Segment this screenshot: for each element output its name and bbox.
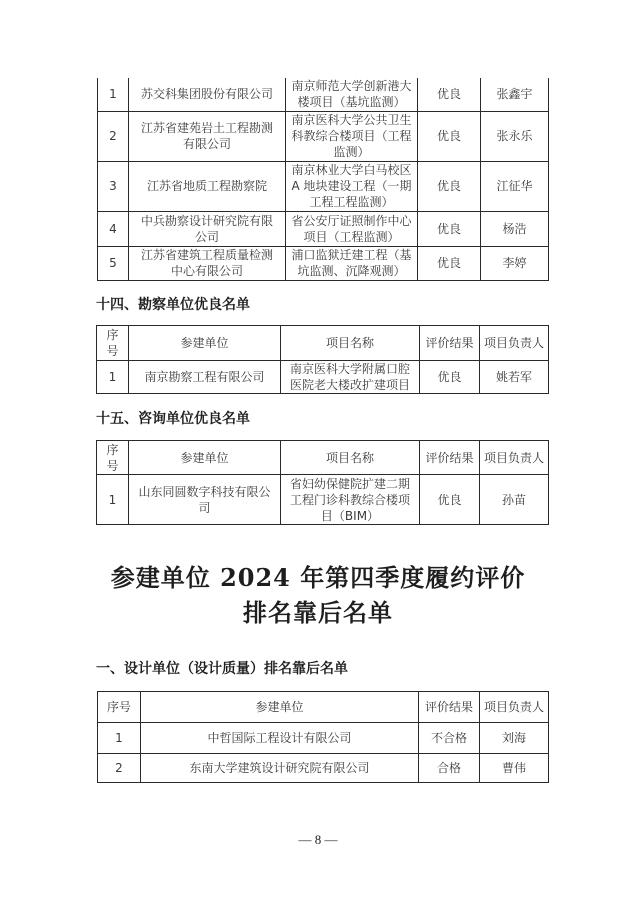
cell-unit: 中兵勘察设计研究院有限公司 <box>129 211 286 246</box>
cell-no: 3 <box>98 161 129 211</box>
cell-unit: 南京勘察工程有限公司 <box>129 361 281 394</box>
table-row: 3 江苏省地质工程勘察院 南京林业大学白马校区A 地块建设工程（一期工程工程监测… <box>98 161 549 211</box>
cell-manager: 刘海 <box>480 723 549 754</box>
cell-no: 2 <box>98 754 141 783</box>
section-heading-consulting: 十五、咨询单位优良名单 <box>96 411 250 427</box>
cell-no: 2 <box>98 111 129 161</box>
cell-unit: 江苏省建苑岩土工程勘测有限公司 <box>129 111 286 161</box>
table-row: 2 江苏省建苑岩土工程勘测有限公司 南京医科大学公共卫生科教综合楼项目（工程监测… <box>98 111 549 161</box>
cell-project: 浦口监狱迁建工程（基坑监测、沉降观测） <box>286 246 418 280</box>
cell-project: 省妇幼保健院扩建二期工程门诊科教综合楼项目（BIM） <box>281 475 420 525</box>
header-no: 序号 <box>97 326 129 361</box>
cell-manager: 孙苗 <box>480 475 549 525</box>
table-row: 5 江苏省建筑工程质量检测中心有限公司 浦口监狱迁建工程（基坑监测、沉降观测） … <box>98 246 549 280</box>
cell-result: 合格 <box>419 754 480 783</box>
cell-project: 南京医科大学公共卫生科教综合楼项目（工程监测） <box>286 111 418 161</box>
cell-unit: 东南大学建筑设计研究院有限公司 <box>141 754 419 783</box>
cell-project: 南京医科大学附属口腔医院老大楼改扩建项目 <box>281 361 420 394</box>
cell-manager: 李婷 <box>481 246 549 280</box>
header-result: 评价结果 <box>420 441 480 475</box>
header-manager: 项目负责人 <box>480 692 549 723</box>
cell-result: 优良 <box>418 161 481 211</box>
cell-manager: 张鑫宇 <box>481 78 549 111</box>
cell-manager: 曹伟 <box>480 754 549 783</box>
table-row: 2 东南大学建筑设计研究院有限公司 合格 曹伟 <box>98 754 549 783</box>
cell-no: 1 <box>98 723 141 754</box>
cell-no: 1 <box>98 78 129 111</box>
cell-no: 4 <box>98 211 129 246</box>
section-heading-survey: 十四、勘察单位优良名单 <box>96 297 250 313</box>
header-manager: 项目负责人 <box>480 326 549 361</box>
header-project: 项目名称 <box>281 441 420 475</box>
cell-unit: 苏交科集团股份有限公司 <box>129 78 286 111</box>
monitoring-excellent-table: 1 苏交科集团股份有限公司 南京师范大学创新港大楼项目（基坑监测） 优良 张鑫宇… <box>97 78 549 281</box>
cell-result: 优良 <box>420 475 480 525</box>
table-header-row: 序号 参建单位 项目名称 评价结果 项目负责人 <box>97 441 549 475</box>
header-unit: 参建单位 <box>141 692 419 723</box>
cell-manager: 杨浩 <box>481 211 549 246</box>
header-result: 评价结果 <box>419 692 480 723</box>
survey-excellent-table: 序号 参建单位 项目名称 评价结果 项目负责人 1 南京勘察工程有限公司 南京医… <box>96 325 549 394</box>
cell-result: 不合格 <box>419 723 480 754</box>
cell-manager: 张永乐 <box>481 111 549 161</box>
cell-result: 优良 <box>418 211 481 246</box>
header-no: 序号 <box>97 441 129 475</box>
design-low-ranking-table: 序号 参建单位 评价结果 项目负责人 1 中哲国际工程设计有限公司 不合格 刘海… <box>97 691 549 783</box>
cell-result: 优良 <box>418 246 481 280</box>
cell-unit: 江苏省地质工程勘察院 <box>129 161 286 211</box>
cell-project: 南京师范大学创新港大楼项目（基坑监测） <box>286 78 418 111</box>
header-project: 项目名称 <box>281 326 420 361</box>
cell-unit: 江苏省建筑工程质量检测中心有限公司 <box>129 246 286 280</box>
table-row: 1 苏交科集团股份有限公司 南京师范大学创新港大楼项目（基坑监测） 优良 张鑫宇 <box>98 78 549 111</box>
table-row: 4 中兵勘察设计研究院有限公司 省公安厅证照制作中心项目（工程监测） 优良 杨浩 <box>98 211 549 246</box>
cell-manager: 江征华 <box>481 161 549 211</box>
cell-unit: 中哲国际工程设计有限公司 <box>141 723 419 754</box>
header-manager: 项目负责人 <box>480 441 549 475</box>
document-title-line-1: 参建单位 2024 年第四季度履约评价 <box>0 560 636 595</box>
document-title-line-2: 排名靠后名单 <box>0 595 636 630</box>
cell-result: 优良 <box>418 78 481 111</box>
page-number: — 8 — <box>0 832 636 848</box>
cell-project: 南京林业大学白马校区A 地块建设工程（一期工程工程监测） <box>286 161 418 211</box>
table-header-row: 序号 参建单位 评价结果 项目负责人 <box>98 692 549 723</box>
header-no: 序号 <box>98 692 141 723</box>
cell-no: 1 <box>97 361 129 394</box>
cell-no: 1 <box>97 475 129 525</box>
table-row: 1 山东同圆数字科技有限公司 省妇幼保健院扩建二期工程门诊科教综合楼项目（BIM… <box>97 475 549 525</box>
cell-result: 优良 <box>420 361 480 394</box>
cell-no: 5 <box>98 246 129 280</box>
header-result: 评价结果 <box>420 326 480 361</box>
table-row: 1 南京勘察工程有限公司 南京医科大学附属口腔医院老大楼改扩建项目 优良 姚若军 <box>97 361 549 394</box>
cell-unit: 山东同圆数字科技有限公司 <box>129 475 281 525</box>
cell-project: 省公安厅证照制作中心项目（工程监测） <box>286 211 418 246</box>
section-heading-design: 一、设计单位（设计质量）排名靠后名单 <box>96 661 348 677</box>
cell-manager: 姚若军 <box>480 361 549 394</box>
cell-result: 优良 <box>418 111 481 161</box>
table-header-row: 序号 参建单位 项目名称 评价结果 项目负责人 <box>97 326 549 361</box>
table-row: 1 中哲国际工程设计有限公司 不合格 刘海 <box>98 723 549 754</box>
consulting-excellent-table: 序号 参建单位 项目名称 评价结果 项目负责人 1 山东同圆数字科技有限公司 省… <box>96 440 549 525</box>
header-unit: 参建单位 <box>129 441 281 475</box>
header-unit: 参建单位 <box>129 326 281 361</box>
